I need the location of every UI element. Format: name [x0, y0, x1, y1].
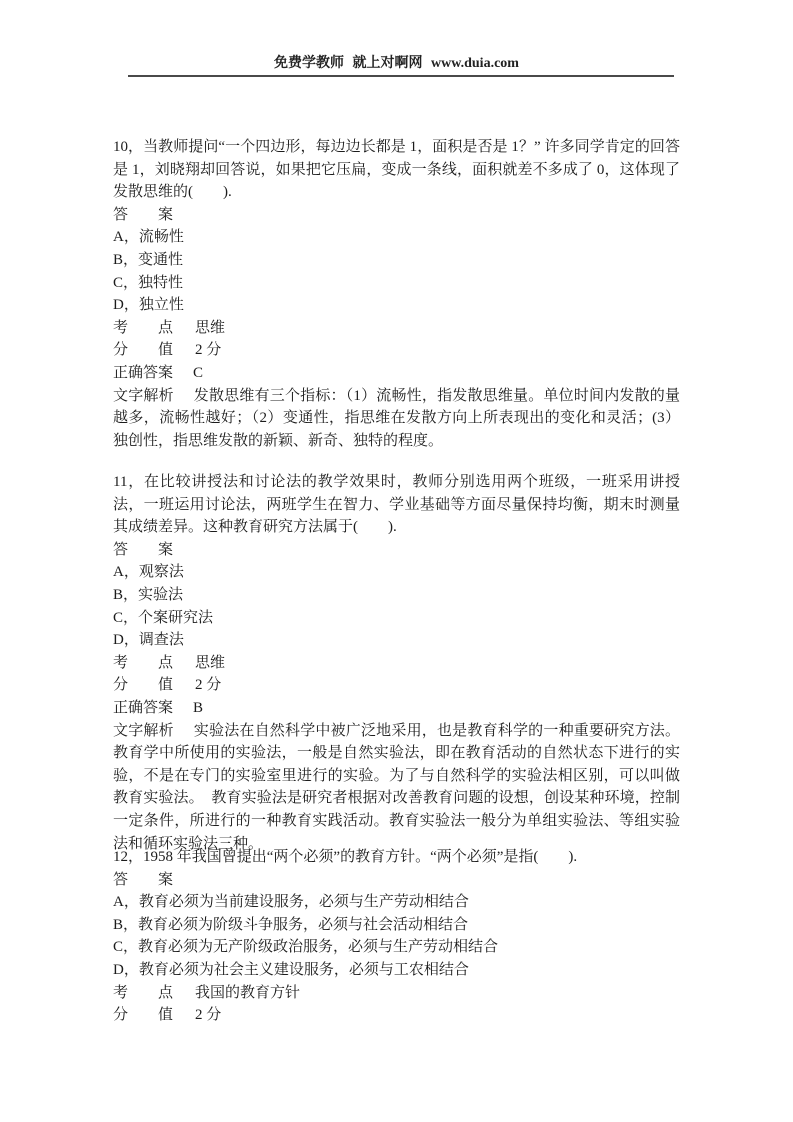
- analysis-row: 文字解析发散思维有三个指标：（1）流畅性，指发散思维量。单位时间内发散的量越多，…: [113, 385, 680, 453]
- score-value: 2 分: [195, 677, 221, 693]
- question-stem: 11，在比较讲授法和讨论法的教学效果时，教师分别选用两个班级，一班采用讲授法，一…: [113, 471, 680, 539]
- analysis-text: 实验法在自然科学中被广泛地采用，也是教育科学的一种重要研究方法。教育学中所使用的…: [113, 723, 680, 852]
- exam-point-value: 思维: [195, 320, 225, 336]
- score-row: 分 值2 分: [113, 339, 680, 362]
- score-label: 分 值: [113, 1004, 195, 1027]
- question-block-12: 12，1958 年我国曾提出“两个必须”的教育方针。“两个必须”是指( ). 答…: [113, 846, 680, 1027]
- option-b: B，教育必须为阶级斗争服务，必须与社会活动相结合: [113, 914, 680, 937]
- answer-label: 答 案: [113, 204, 680, 227]
- correct-answer-label: 正确答案: [113, 362, 193, 385]
- correct-answer-value: B: [193, 700, 203, 716]
- exam-point-label: 考 点: [113, 652, 195, 675]
- question-block-10: 10，当教师提问“一个四边形，每边边长都是 1，面积是否是 1？” 许多同学肯定…: [113, 136, 680, 452]
- score-row: 分 值2 分: [113, 1004, 680, 1027]
- score-label: 分 值: [113, 674, 195, 697]
- option-d: D，教育必须为社会主义建设服务，必须与工农相结合: [113, 959, 680, 982]
- exam-point-value: 我国的教育方针: [195, 985, 300, 1001]
- question-stem: 12，1958 年我国曾提出“两个必须”的教育方针。“两个必须”是指( ).: [113, 846, 680, 869]
- answer-label: 答 案: [113, 869, 680, 892]
- correct-answer-row: 正确答案B: [113, 697, 680, 720]
- question-stem: 10，当教师提问“一个四边形，每边边长都是 1，面积是否是 1？” 许多同学肯定…: [113, 136, 680, 204]
- correct-answer-row: 正确答案C: [113, 362, 680, 385]
- analysis-text: 发散思维有三个指标：（1）流畅性，指发散思维量。单位时间内发散的量越多，流畅性越…: [113, 388, 680, 449]
- answer-label: 答 案: [113, 539, 680, 562]
- option-d: D，调查法: [113, 629, 680, 652]
- option-b: B，变通性: [113, 249, 680, 272]
- exam-point-label: 考 点: [113, 317, 195, 340]
- site-slogan: 免费学教师 就上对啊网 www.duia.com: [0, 52, 793, 72]
- correct-answer-value: C: [193, 365, 203, 381]
- analysis-label: 文字解析: [113, 723, 174, 739]
- correct-answer-label: 正确答案: [113, 697, 193, 720]
- score-value: 2 分: [195, 1007, 221, 1023]
- option-a: A，教育必须为当前建设服务，必须与生产劳动相结合: [113, 891, 680, 914]
- option-b: B，实验法: [113, 584, 680, 607]
- question-block-11: 11，在比较讲授法和讨论法的教学效果时，教师分别选用两个班级，一班采用讲授法，一…: [113, 471, 680, 855]
- option-c: C，教育必须为无产阶级政治服务，必须与生产劳动相结合: [113, 936, 680, 959]
- option-d: D，独立性: [113, 294, 680, 317]
- analysis-row: 文字解析实验法在自然科学中被广泛地采用，也是教育科学的一种重要研究方法。教育学中…: [113, 720, 680, 856]
- header-divider: [128, 75, 674, 77]
- score-row: 分 值2 分: [113, 674, 680, 697]
- analysis-label: 文字解析: [113, 388, 174, 404]
- score-value: 2 分: [195, 342, 221, 358]
- option-a: A，流畅性: [113, 226, 680, 249]
- option-c: C，个案研究法: [113, 607, 680, 630]
- option-c: C，独特性: [113, 272, 680, 295]
- option-a: A，观察法: [113, 561, 680, 584]
- score-label: 分 值: [113, 339, 195, 362]
- exam-point-row: 考 点思维: [113, 652, 680, 675]
- exam-point-row: 考 点我国的教育方针: [113, 982, 680, 1005]
- exam-point-row: 考 点思维: [113, 317, 680, 340]
- document-page: 免费学教师 就上对啊网 www.duia.com 10，当教师提问“一个四边形，…: [0, 0, 793, 1122]
- exam-point-label: 考 点: [113, 982, 195, 1005]
- exam-point-value: 思维: [195, 655, 225, 671]
